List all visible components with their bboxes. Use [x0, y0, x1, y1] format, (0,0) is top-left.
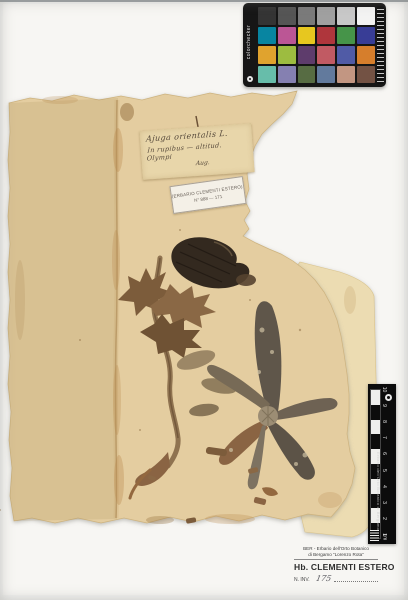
colorchecker-patch	[337, 7, 355, 25]
institution-name-line2: di Bergamo “Lorenzo Rota”	[297, 552, 374, 558]
photo-top-edge	[0, 0, 408, 2]
colorchecker-patch	[278, 7, 296, 25]
ruler-number: 10	[381, 386, 386, 393]
ruler-number: 9	[381, 402, 386, 409]
cm-scale-ruler: 10987654321 Erbario dell'Orto Botanico d…	[368, 384, 396, 544]
inventory-number-handwriting: 175	[315, 574, 332, 583]
colorchecker-patch	[298, 7, 316, 25]
institution-header: BER - Erbario dell'Orto Botanico di Berg…	[294, 546, 378, 560]
ruler-number: 4	[381, 483, 386, 490]
xrite-logo-icon	[247, 76, 253, 82]
ruler-logo-icon	[385, 394, 392, 401]
inventory-label: N. INV.	[294, 577, 310, 583]
ruler-cm-block	[371, 405, 380, 420]
inventory-dotted-line	[334, 581, 378, 582]
ruler-number: 2	[381, 515, 386, 522]
colorchecker-patch	[278, 66, 296, 84]
colorchecker-patch	[278, 27, 296, 45]
colorchecker-patch	[357, 46, 375, 64]
colorchecker-patch	[278, 46, 296, 64]
colorchecker-patch	[357, 27, 375, 45]
colorchecker-patch	[317, 46, 335, 64]
ruler-number: 8	[381, 418, 386, 425]
colorchecker-patch	[298, 46, 316, 64]
colorchecker-chart: colorchecker	[243, 3, 386, 87]
colorchecker-brand-label: colorchecker	[246, 10, 252, 74]
specimen-scene	[0, 0, 408, 600]
ruler-cm-block	[371, 434, 380, 449]
ruler-number: 7	[381, 434, 386, 441]
colorchecker-row	[258, 66, 375, 84]
ruler-cm-block	[371, 390, 380, 405]
colorchecker-patch	[258, 66, 276, 84]
colorchecker-patch	[357, 7, 375, 25]
herbarium-specimen-photo: Ajuga orientalis L. In rupibus — altitud…	[0, 0, 408, 600]
colorchecker-patch	[317, 7, 335, 25]
colorchecker-patch	[337, 46, 355, 64]
colorchecker-row	[258, 46, 375, 64]
colorchecker-patch	[258, 7, 276, 25]
colorchecker-patch	[357, 66, 375, 84]
ruler-number: 5	[381, 467, 386, 474]
institution-stamp: BER - Erbario dell'Orto Botanico di Berg…	[294, 546, 378, 583]
colorchecker-row	[258, 27, 375, 45]
ruler-side-text: Erbario dell'Orto Botanico di Bergamo	[376, 452, 381, 542]
ruler-number: 6	[381, 450, 386, 457]
colorchecker-patch	[258, 46, 276, 64]
ruler-number: 3	[381, 499, 386, 506]
colorchecker-row	[258, 7, 375, 25]
herbarium-collection-name: Hb. CLEMENTI ESTERO	[294, 562, 378, 572]
institution-name-line1: BER - Erbario dell'Orto Botanico	[297, 546, 374, 552]
ruler-unit-label: cm	[381, 534, 387, 541]
colorchecker-edge-scale	[377, 6, 384, 84]
colorchecker-brand-strip: colorchecker	[243, 3, 257, 87]
colorchecker-patch	[337, 27, 355, 45]
colorchecker-patch	[317, 27, 335, 45]
ruler-cm-block	[371, 420, 380, 435]
handwritten-label: Ajuga orientalis L. In rupibus — altitud…	[139, 123, 254, 180]
ruler-mm-ticks	[370, 530, 379, 542]
colorchecker-patch	[298, 27, 316, 45]
ruler-numbers: 10987654321	[380, 387, 387, 537]
colorchecker-patch	[258, 27, 276, 45]
colorchecker-patch-grid	[258, 7, 375, 83]
colorchecker-patch	[337, 66, 355, 84]
colorchecker-patch	[298, 66, 316, 84]
inventory-number-row: N. INV. 175	[294, 574, 378, 583]
colorchecker-patch	[317, 66, 335, 84]
